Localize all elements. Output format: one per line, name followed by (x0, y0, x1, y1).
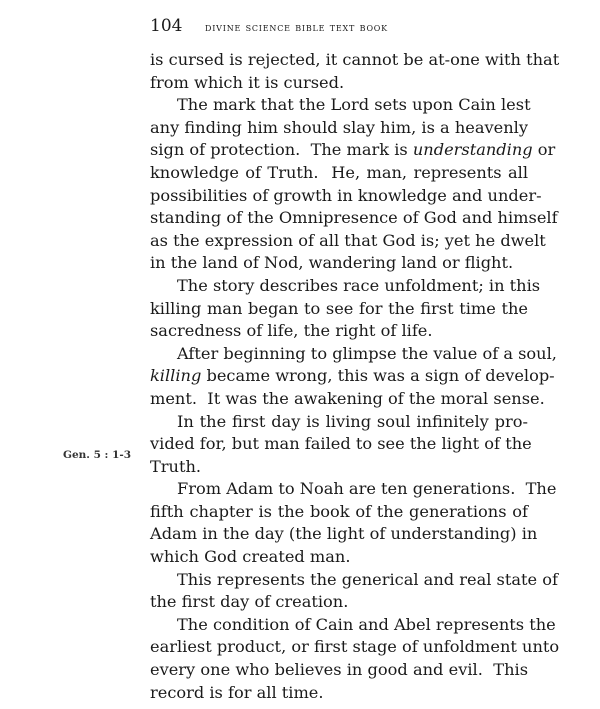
text-line: the first day of creation. (150, 591, 528, 614)
text-line: record is for all time. (150, 682, 528, 705)
text-line: standing of the Omnipresence of God and … (150, 207, 528, 230)
text-line: sign of protection. The mark is understa… (150, 139, 528, 162)
paragraph: From Adam to Noah are ten generations. T… (150, 478, 528, 568)
text-line: Adam in the day (the light of understand… (150, 523, 528, 546)
text-line: which God created man. (150, 546, 528, 569)
text-line: is cursed is rejected, it cannot be at-o… (150, 49, 528, 72)
text-line: Truth. (150, 456, 528, 479)
running-title: DIVINE SCIENCE BIBLE TEXT BOOK (205, 20, 388, 34)
text-line: vided for, but man failed to see the lig… (150, 433, 528, 456)
text-line: possibilities of growth in knowledge and… (150, 185, 528, 208)
page-number: 104 (150, 16, 182, 36)
text-line: earliest product, or first stage of unfo… (150, 636, 528, 659)
paragraph: The condition of Cain and Abel represent… (150, 614, 528, 704)
text-line: sacredness of life, the right of life. (150, 320, 528, 343)
text-line: as the expression of all that God is; ye… (150, 230, 528, 253)
text-line: The condition of Cain and Abel represent… (150, 614, 528, 637)
text-line: any finding him should slay him, is a he… (150, 117, 528, 140)
paragraph: The story describes race unfoldment; in … (150, 275, 528, 343)
text-line: From Adam to Noah are ten generations. T… (150, 478, 528, 501)
text-line: every one who believes in good and evil.… (150, 659, 528, 682)
text-line: in the land of Nod, wandering land or fl… (150, 252, 528, 275)
text-line: This represents the generical and real s… (150, 569, 528, 592)
paragraph: The mark that the Lord sets upon Cain le… (150, 94, 528, 275)
emphasis: killing (150, 366, 201, 385)
text-line: from which it is cursed. (150, 72, 528, 95)
margin-reference: Gen. 5 : 1-3 (63, 449, 131, 461)
text-line: After beginning to glimpse the value of … (150, 343, 528, 366)
paragraph: After beginning to glimpse the value of … (150, 343, 528, 411)
text-line: killing man began to see for the first t… (150, 298, 528, 321)
text-line: The story describes race unfoldment; in … (150, 275, 528, 298)
emphasis: understanding (413, 140, 533, 159)
text-line: fifth chapter is the book of the generat… (150, 501, 528, 524)
page-header: 104 DIVINE SCIENCE BIBLE TEXT BOOK (150, 16, 528, 40)
paragraph: is cursed is rejected, it cannot be at-o… (150, 49, 528, 94)
paragraph: In the first day is living soul infinite… (150, 411, 528, 479)
text-line: In the first day is living soul infinite… (150, 411, 528, 434)
paragraph: This represents the generical and real s… (150, 569, 528, 614)
text-line: ment. It was the awakening of the moral … (150, 388, 528, 411)
text-line: killing became wrong, this was a sign of… (150, 365, 528, 388)
text-line: The mark that the Lord sets upon Cain le… (150, 94, 528, 117)
body-text: is cursed is rejected, it cannot be at-o… (150, 49, 528, 704)
text-line: knowledge of Truth. He, man, represents … (150, 162, 528, 185)
